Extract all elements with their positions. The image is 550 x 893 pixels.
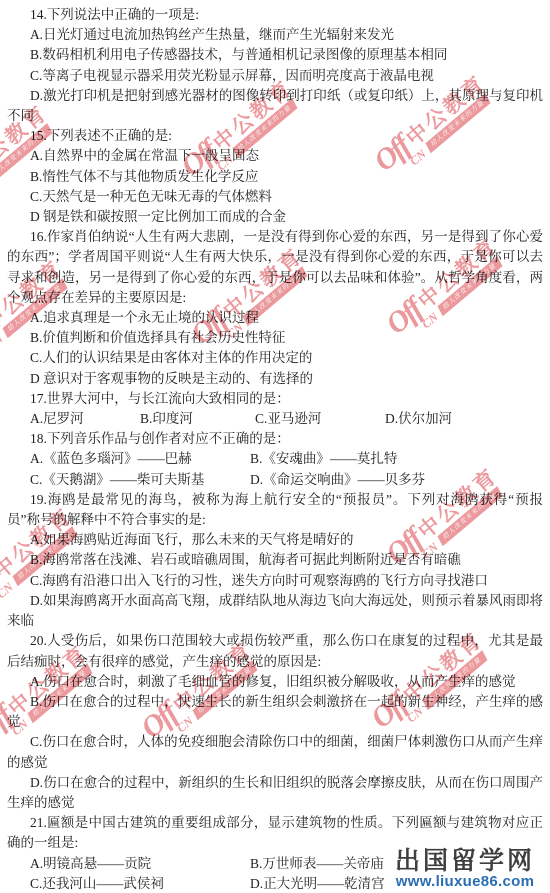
question-19-option-C: C.海鸥有沿港口出入飞行的习性，迷失方向时可观察海鸥的飞行方向寻找港口 — [7, 571, 543, 591]
question-17-option-B: B.印度河 — [140, 409, 255, 429]
question-16-option-D: D 意识对于客观事物的反映是主动的、有选择的 — [7, 369, 543, 389]
question-20-option-A: A.伤口在愈合时，刺激了毛细血管的修复，旧组织被分解吸收，从而产生痒的感觉 — [7, 672, 543, 692]
site-url: www.liuxue86.com — [395, 874, 535, 890]
question-21-option-B: B.万世师表——关帝庙 — [250, 854, 384, 874]
question-17-option-A: A.尼罗河 — [30, 409, 140, 429]
question-17-options: A.尼罗河B.印度河C.亚马逊河D.伏尔加河 — [7, 409, 543, 429]
question-14-option-A: A.日光灯通过电流加热钨丝产生热量，继而产生光辐射来发光 — [7, 25, 543, 45]
question-14-option-B: B.数码相机利用电子传感器技术，与普通相机记录图像的原理基本相同 — [7, 45, 543, 65]
question-16-option-B: B.价值判断和价值选择具有社会历史性特征 — [7, 328, 543, 348]
question-20-option-C: C.伤口在愈合时，人体的免疫细胞会清除伤口中的细菌，细菌尸体刺激伤口从而产生痒的… — [7, 732, 543, 772]
question-19-stem: 19.海鸥是最常见的海鸟，被称为海上航行安全的“预报员”。下列对海鸥获得“预报员… — [7, 490, 543, 530]
question-20-stem: 20.人受伤后，如果伤口范围较大或损伤较严重，那么伤口在康复的过程中，尤其是最后… — [7, 631, 543, 671]
question-18-option-C: C.《天鹅湖》——柴可夫斯基 — [30, 470, 250, 490]
question-16-stem: 16.作家肖伯纳说“人生有两大悲剧，一是没有得到你心爱的东西，另一是得到了你心爱… — [7, 227, 543, 308]
question-14-stem: 14.下列说法中正确的一项是: — [7, 5, 543, 25]
question-18-options-row1: A.《蓝色多瑙河》——巴赫B.《安魂曲》——莫扎特 — [7, 449, 543, 469]
question-15-option-A: A.自然界中的金属在常温下一般呈固态 — [7, 146, 543, 166]
question-14-option-D: D.激光打印机是把射到感光器材的图像转印到打印纸（或复印纸）上，其原理与复印机不… — [7, 86, 543, 126]
question-19-option-B: B.海鸥常落在浅滩、岩石或暗礁周围，航海者可据此判断附近是否有暗礁 — [7, 550, 543, 570]
question-17-stem: 17.世界大河中，与长江流向大致相同的是： — [7, 389, 543, 409]
question-21-option-D: D.正大光明——乾清宫 — [250, 874, 385, 893]
question-18-stem: 18.下列音乐作品与创作者对应不正确的是： — [7, 429, 543, 449]
question-14-option-C: C.等离子电视显示器采用荧光粉显示屏幕，因而明亮度高于液晶电视 — [7, 66, 543, 86]
question-18-options-row2: C.《天鹅湖》——柴可夫斯基D.《命运交响曲》——贝多芬 — [7, 470, 543, 490]
question-20-option-B: B.伤口在愈合的过程中，快速生长的新生组织会刺激挤在一起的新生神经，产生痒的感觉 — [7, 692, 543, 732]
question-18-option-B: B.《安魂曲》——莫扎特 — [250, 449, 397, 469]
document-page: 14.下列说法中正确的一项是:A.日光灯通过电流加热钨丝产生热量，继而产生光辐射… — [0, 0, 550, 893]
question-19-option-D: D.如果海鸥离开水面高高飞翔，成群结队地从海边飞向大海远处，则预示着暴风雨即将来… — [7, 591, 543, 631]
question-20-option-D: D.伤口在愈合的过程中，新组织的生长和旧组织的脱落会摩擦皮肤，从而在伤口周围产生… — [7, 773, 543, 813]
question-18-option-D: D.《命运交响曲》——贝多芬 — [250, 470, 425, 490]
liuxue86-logo: 出国留学网 www.liuxue86.com — [395, 848, 535, 890]
question-list: 14.下列说法中正确的一项是:A.日光灯通过电流加热钨丝产生热量，继而产生光辐射… — [7, 5, 543, 893]
question-16-option-C: C.人们的认识结果是由客体对主体的作用决定的 — [7, 348, 543, 368]
question-21-option-C: C.还我河山——武侯祠 — [30, 874, 250, 893]
question-17-option-C: C.亚马逊河 — [255, 409, 385, 429]
question-15-option-C: C.天然气是一种无色无味无毒的气体燃料 — [7, 187, 543, 207]
question-15-option-B: B.惰性气体不与其他物质发生化学反应 — [7, 167, 543, 187]
question-15-stem: 15.下列表述不正确的是: — [7, 126, 543, 146]
question-21-option-A: A.明镜高悬——贡院 — [30, 854, 250, 874]
question-18-option-A: A.《蓝色多瑙河》——巴赫 — [30, 449, 250, 469]
site-name: 出国留学网 — [395, 848, 535, 874]
question-17-option-D: D.伏尔加河 — [385, 409, 452, 429]
question-15-option-D: D 钢是铁和碳按照一定比例加工而成的合金 — [7, 207, 543, 227]
question-19-option-A: A.如果海鸥贴近海面飞行，那么未来的天气将是晴好的 — [7, 530, 543, 550]
question-16-option-A: A.追求真理是一个永无止境的认识过程 — [7, 308, 543, 328]
